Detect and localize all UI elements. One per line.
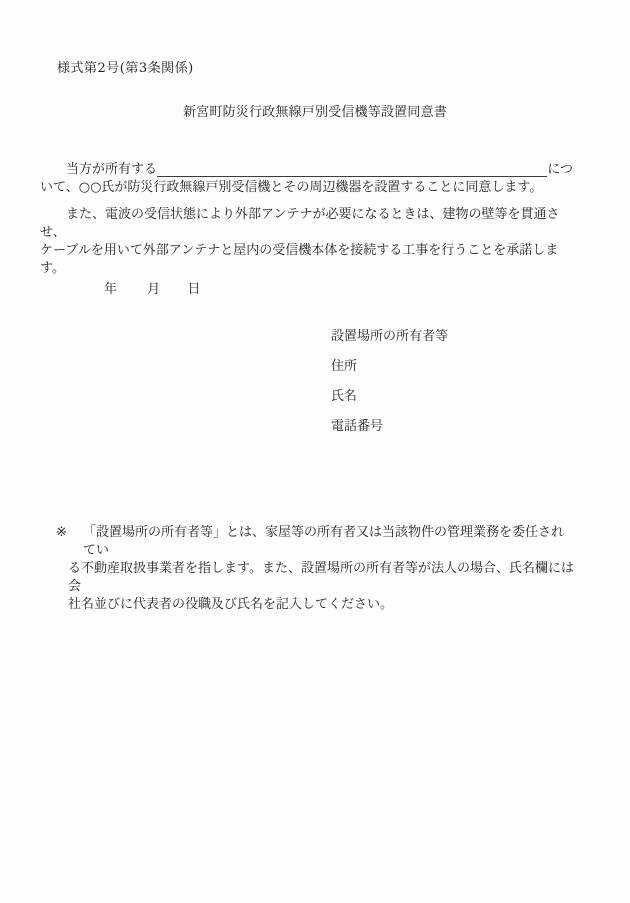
signature-label-address: 住所 [331,360,448,374]
note-line-3: 社名並びに代表者の役職及び氏名を記入してください。 [68,596,576,614]
consent-line-1-prefix: 当方が所有する [40,161,157,179]
antenna-line-1: また、電波の受信状態により外部アンテナが必要になるときは、建物の壁等を貫通させ、 [40,206,573,242]
signature-label-phone: 電話番号 [331,420,448,434]
consent-paragraph: 当方が所有する につ いて、○○氏が防災行政無線戸別受信機とその周辺機器を設置す… [40,161,573,197]
consent-line-1-suffix: につ [547,161,573,179]
form-number: 様式第2号(第3条関係) [57,60,194,78]
note-block: ※ 「設置場所の所有者等」とは、家屋等の所有者又は当該物件の管理業務を委任されて… [56,524,576,614]
signature-label-name: 氏名 [331,390,448,404]
note-line-1-row: ※ 「設置場所の所有者等」とは、家屋等の所有者又は当該物件の管理業務を委任されて… [56,524,576,560]
consent-line-1: 当方が所有する につ [40,161,573,179]
date-line: 年 月 日 [104,281,200,299]
property-description-blank-line [157,176,547,177]
note-line-2: る不動産取扱事業者を指します。また、設置場所の所有者等が法人の場合、氏名欄には会 [68,560,576,596]
note-marker: ※ [56,524,83,542]
year-label: 年 [104,282,117,297]
consent-line-2: いて、○○氏が防災行政無線戸別受信機とその周辺機器を設置することに同意します。 [40,179,573,197]
document-title: 新宮町防災行政無線戸別受信機等設置同意書 [0,104,630,122]
signature-label-owner: 設置場所の所有者等 [331,330,448,344]
document-page: 様式第2号(第3条関係) 新宮町防災行政無線戸別受信機等設置同意書 当方が所有す… [0,0,630,903]
day-label: 日 [187,282,200,297]
signature-block: 設置場所の所有者等 住所 氏名 電話番号 [331,330,448,450]
antenna-paragraph: また、電波の受信状態により外部アンテナが必要になるときは、建物の壁等を貫通させ、… [40,206,573,278]
month-label: 月 [147,282,160,297]
antenna-line-2: ケーブルを用いて外部アンテナと屋内の受信機本体を接続する工事を行うことを承諾しま… [40,242,573,278]
note-line-1: 「設置場所の所有者等」とは、家屋等の所有者又は当該物件の管理業務を委任されてい [83,524,576,560]
